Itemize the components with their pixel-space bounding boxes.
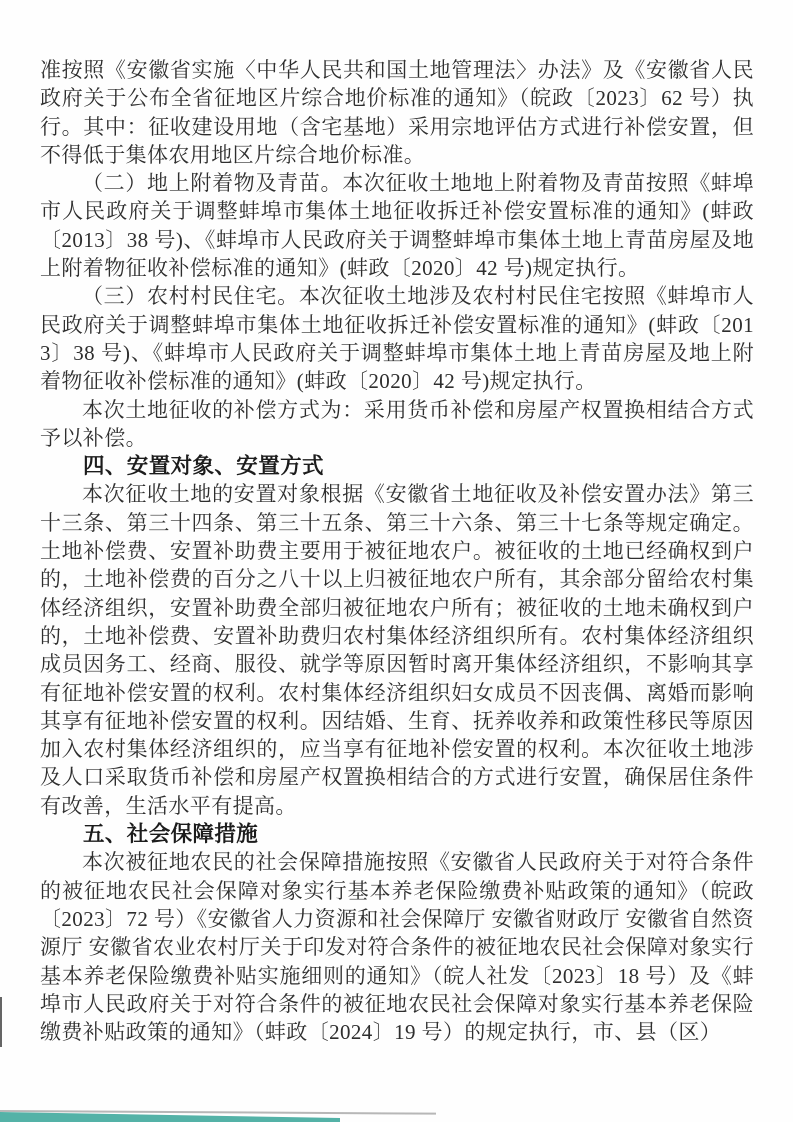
scan-page-edge-mark (0, 997, 2, 1047)
paragraph-compensation-standard: 准按照《安徽省实施〈中华人民共和国土地管理法〉办法》及《安徽省人民政府关于公布全… (40, 56, 754, 169)
document-page: 准按照《安徽省实施〈中华人民共和国土地管理法〉办法》及《安徽省人民政府关于公布全… (0, 0, 793, 1122)
paragraph-rural-housing: （三）农村村民住宅。本次征收土地涉及农村村民住宅按照《蚌埠市人民政府关于调整蚌埠… (40, 282, 754, 395)
paragraph-social-security-measures: 本次被征地农民的社会保障措施按照《安徽省人民政府关于对符合条件的被征地农民社会保… (40, 848, 754, 1046)
paragraph-compensation-method: 本次土地征收的补偿方式为：采用货币补偿和房屋产权置换相结合方式予以补偿。 (40, 396, 754, 453)
document-body: 准按照《安徽省实施〈中华人民共和国土地管理法〉办法》及《安徽省人民政府关于公布全… (40, 56, 754, 1046)
section-heading-social-security: 五、社会保障措施 (40, 820, 754, 848)
paragraph-resettlement-targets: 本次征收土地的安置对象根据《安徽省土地征收及补偿安置办法》第三十三条、第三十四条… (40, 480, 754, 820)
section-heading-resettlement: 四、安置对象、安置方式 (40, 452, 754, 480)
paragraph-ground-attachments-crops: （二）地上附着物及青苗。本次征收土地地上附着物及青苗按照《蚌埠市人民政府关于调整… (40, 169, 754, 282)
